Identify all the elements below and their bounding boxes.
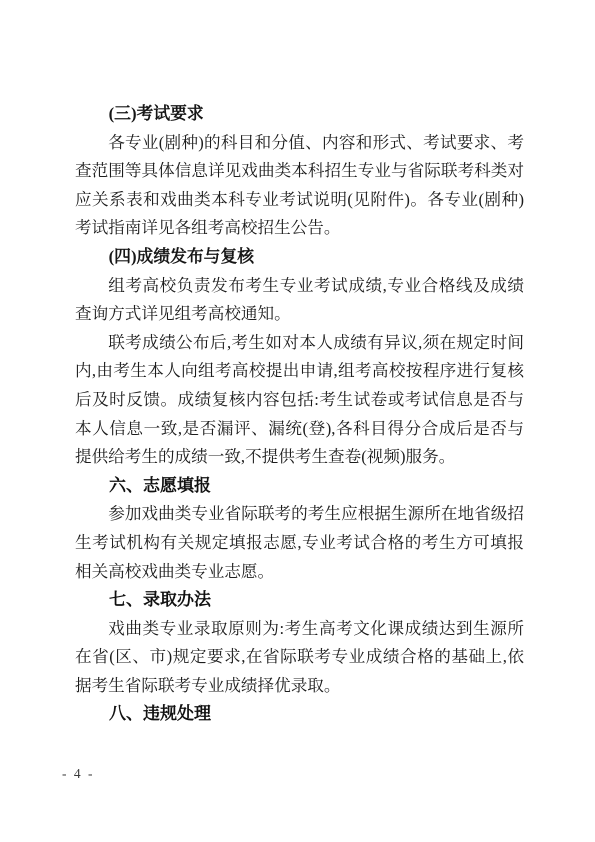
subheading-4-score-release-review: (四)成绩发布与复核 xyxy=(75,243,524,272)
heading-8-violations: 八、违规处理 xyxy=(75,700,524,729)
document-content: (三)考试要求 各专业(剧种)的科目和分值、内容和形式、考试要求、考查范围等具体… xyxy=(75,100,524,729)
document-page: (三)考试要求 各专业(剧种)的科目和分值、内容和形式、考试要求、考查范围等具体… xyxy=(0,0,595,842)
paragraph-application: 参加戏曲类专业省际联考的考生应根据生源所在地省级招生考试机构有关规定填报志愿,专… xyxy=(75,500,524,586)
paragraph-score-release: 组考高校负责发布考生专业考试成绩,专业合格线及成绩查询方式详见组考高校通知。 xyxy=(75,272,524,329)
heading-6-application: 六、志愿填报 xyxy=(75,472,524,501)
paragraph-exam-details: 各专业(剧种)的科目和分值、内容和形式、考试要求、考查范围等具体信息详见戏曲类本… xyxy=(75,129,524,243)
subheading-3-exam-requirements: (三)考试要求 xyxy=(75,100,524,129)
page-number: - 4 - xyxy=(62,766,95,782)
paragraph-admission: 戏曲类专业录取原则为:考生高考文化课成绩达到生源所在省(区、市)规定要求,在省际… xyxy=(75,615,524,701)
heading-7-admission: 七、录取办法 xyxy=(75,586,524,615)
paragraph-score-review: 联考成绩公布后,考生如对本人成绩有异议,须在规定时间内,由考生本人向组考高校提出… xyxy=(75,329,524,472)
